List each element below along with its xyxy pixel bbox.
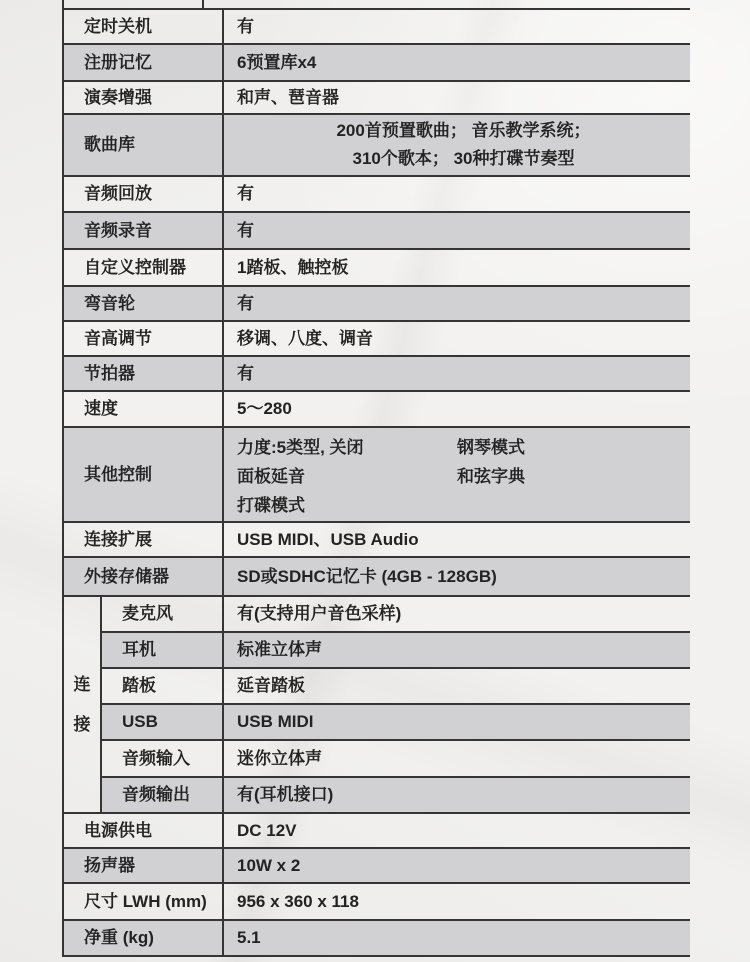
row-value: 1踏板、触控板: [224, 250, 690, 285]
connection-group: 连 接 麦克风 有(支持用户音色采样) 耳机 标准立体声 踏板 延音踏板 USB…: [64, 597, 690, 814]
row-value: USB MIDI、USB Audio: [224, 523, 690, 556]
row-label: 音频输入: [102, 741, 224, 776]
row-value: 5～280: [224, 392, 690, 426]
row-label: 连接扩展: [64, 523, 224, 556]
paper-margin-bottom: [0, 957, 750, 962]
other-controls-chord-dictionary: 和弦字典: [457, 462, 525, 491]
row-value: 有(支持用户音色采样): [224, 597, 690, 631]
spec-row-auto-power-off: 定时关机 有: [64, 10, 690, 45]
row-label: 音高调节: [64, 322, 224, 355]
row-label: 弯音轮: [64, 287, 224, 320]
spec-row-audio-playback: 音频回放 有: [64, 177, 690, 213]
row-label: 定时关机: [64, 10, 224, 43]
row-label: USB: [102, 705, 224, 739]
row-label: 耳机: [102, 633, 224, 667]
spec-row-song-library: 歌曲库 200首预置歌曲； 音乐教学系统； 310个歌本； 30种打碟节奏型: [64, 115, 690, 177]
row-value: 有: [224, 213, 690, 248]
row-label: 演奏增强: [64, 82, 224, 113]
spec-row-microphone: 麦克风 有(支持用户音色采样): [102, 597, 690, 633]
row-value: SD或SDHC记忆卡 (4GB - 128GB): [224, 558, 690, 595]
row-label: 净重 (kg): [64, 921, 224, 955]
row-label: 歌曲库: [64, 115, 224, 175]
row-value: 有: [224, 10, 690, 43]
other-controls-piano-mode: 钢琴模式: [457, 433, 525, 462]
row-label: 音频录音: [64, 213, 224, 248]
spec-row-audio-output: 音频输出 有(耳机接口): [102, 778, 690, 812]
row-value: 有: [224, 357, 690, 390]
row-label: 音频输出: [102, 778, 224, 812]
other-controls-panel-sustain: 面板延音: [237, 462, 457, 491]
row-label: 自定义控制器: [64, 250, 224, 285]
row-label: 踏板: [102, 669, 224, 703]
spec-row-usb: USB USB MIDI: [102, 705, 690, 741]
spec-row-external-storage: 外接存储器 SD或SDHC记忆卡 (4GB - 128GB): [64, 558, 690, 597]
spec-row-partial-top: [64, 0, 690, 10]
row-value: USB MIDI: [224, 705, 690, 739]
spec-row-connectivity-expansion: 连接扩展 USB MIDI、USB Audio: [64, 523, 690, 558]
spec-row-dimensions: 尺寸 LWH (mm) 956 x 360 x 118: [64, 884, 690, 921]
row-value: 移调、八度、调音: [224, 322, 690, 355]
spec-row-other-controls: 其他控制 力度:5类型, 关闭 面板延音 打碟模式 钢琴模式 和弦字典: [64, 428, 690, 523]
row-label: 音频回放: [64, 177, 224, 211]
row-value: 迷你立体声: [224, 741, 690, 776]
row-value: 200首预置歌曲； 音乐教学系统； 310个歌本； 30种打碟节奏型: [224, 115, 690, 175]
spec-row-headphones: 耳机 标准立体声: [102, 633, 690, 669]
row-value: 和声、琶音器: [224, 82, 690, 113]
row-label: 扬声器: [64, 849, 224, 882]
spec-row-net-weight: 净重 (kg) 5.1: [64, 921, 690, 957]
row-value: 有: [224, 287, 690, 320]
spec-row-performance-enhance: 演奏增强 和声、琶音器: [64, 82, 690, 115]
row-value: 力度:5类型, 关闭 面板延音 打碟模式 钢琴模式 和弦字典: [224, 428, 690, 521]
other-controls-left-column: 力度:5类型, 关闭 面板延音 打碟模式: [237, 433, 457, 520]
spec-row-pitch-bend-wheel: 弯音轮 有: [64, 287, 690, 322]
spec-row-audio-input: 音频输入 迷你立体声: [102, 741, 690, 778]
other-controls-dj-mode: 打碟模式: [237, 491, 457, 520]
spec-row-custom-controller: 自定义控制器 1踏板、触控板: [64, 250, 690, 287]
spec-row-pedal: 踏板 延音踏板: [102, 669, 690, 705]
row-value: 6预置库x4: [224, 45, 690, 80]
row-label: 尺寸 LWH (mm): [64, 884, 224, 919]
row-label: 电源供电: [64, 814, 224, 847]
spec-row-tempo: 速度 5～280: [64, 392, 690, 428]
spec-row-pitch-adjust: 音高调节 移调、八度、调音: [64, 322, 690, 357]
row-value: 10W x 2: [224, 849, 690, 882]
spec-row-metronome: 节拍器 有: [64, 357, 690, 392]
song-library-line-1: 200首预置歌曲； 音乐教学系统；: [336, 117, 590, 145]
connection-group-rows: 麦克风 有(支持用户音色采样) 耳机 标准立体声 踏板 延音踏板 USB USB…: [102, 597, 690, 812]
row-value: 956 x 360 x 118: [224, 884, 690, 919]
row-value: 5.1: [224, 921, 690, 955]
row-value: 有(耳机接口): [224, 778, 690, 812]
row-label: 节拍器: [64, 357, 224, 390]
row-value: 标准立体声: [224, 633, 690, 667]
row-value: 有: [224, 177, 690, 211]
spec-row-audio-recording: 音频录音 有: [64, 213, 690, 250]
row-label: [64, 0, 204, 8]
row-label: 注册记忆: [64, 45, 224, 80]
spec-row-speakers: 扬声器 10W x 2: [64, 849, 690, 884]
row-label: 其他控制: [64, 428, 224, 521]
row-value: DC 12V: [224, 814, 690, 847]
spec-row-power-supply: 电源供电 DC 12V: [64, 814, 690, 849]
other-controls-right-column: 钢琴模式 和弦字典: [457, 433, 525, 491]
other-controls-touch: 力度:5类型, 关闭: [237, 433, 457, 462]
row-value: [204, 0, 690, 8]
song-library-line-2: 310个歌本； 30种打碟节奏型: [353, 145, 575, 173]
connection-group-label: 连 接: [64, 597, 102, 812]
row-label: 速度: [64, 392, 224, 426]
row-label: 外接存储器: [64, 558, 224, 595]
spec-table: 定时关机 有 注册记忆 6预置库x4 演奏增强 和声、琶音器 歌曲库 200首预…: [62, 0, 690, 957]
row-label: 麦克风: [102, 597, 224, 631]
row-value: 延音踏板: [224, 669, 690, 703]
spec-row-registration-memory: 注册记忆 6预置库x4: [64, 45, 690, 82]
